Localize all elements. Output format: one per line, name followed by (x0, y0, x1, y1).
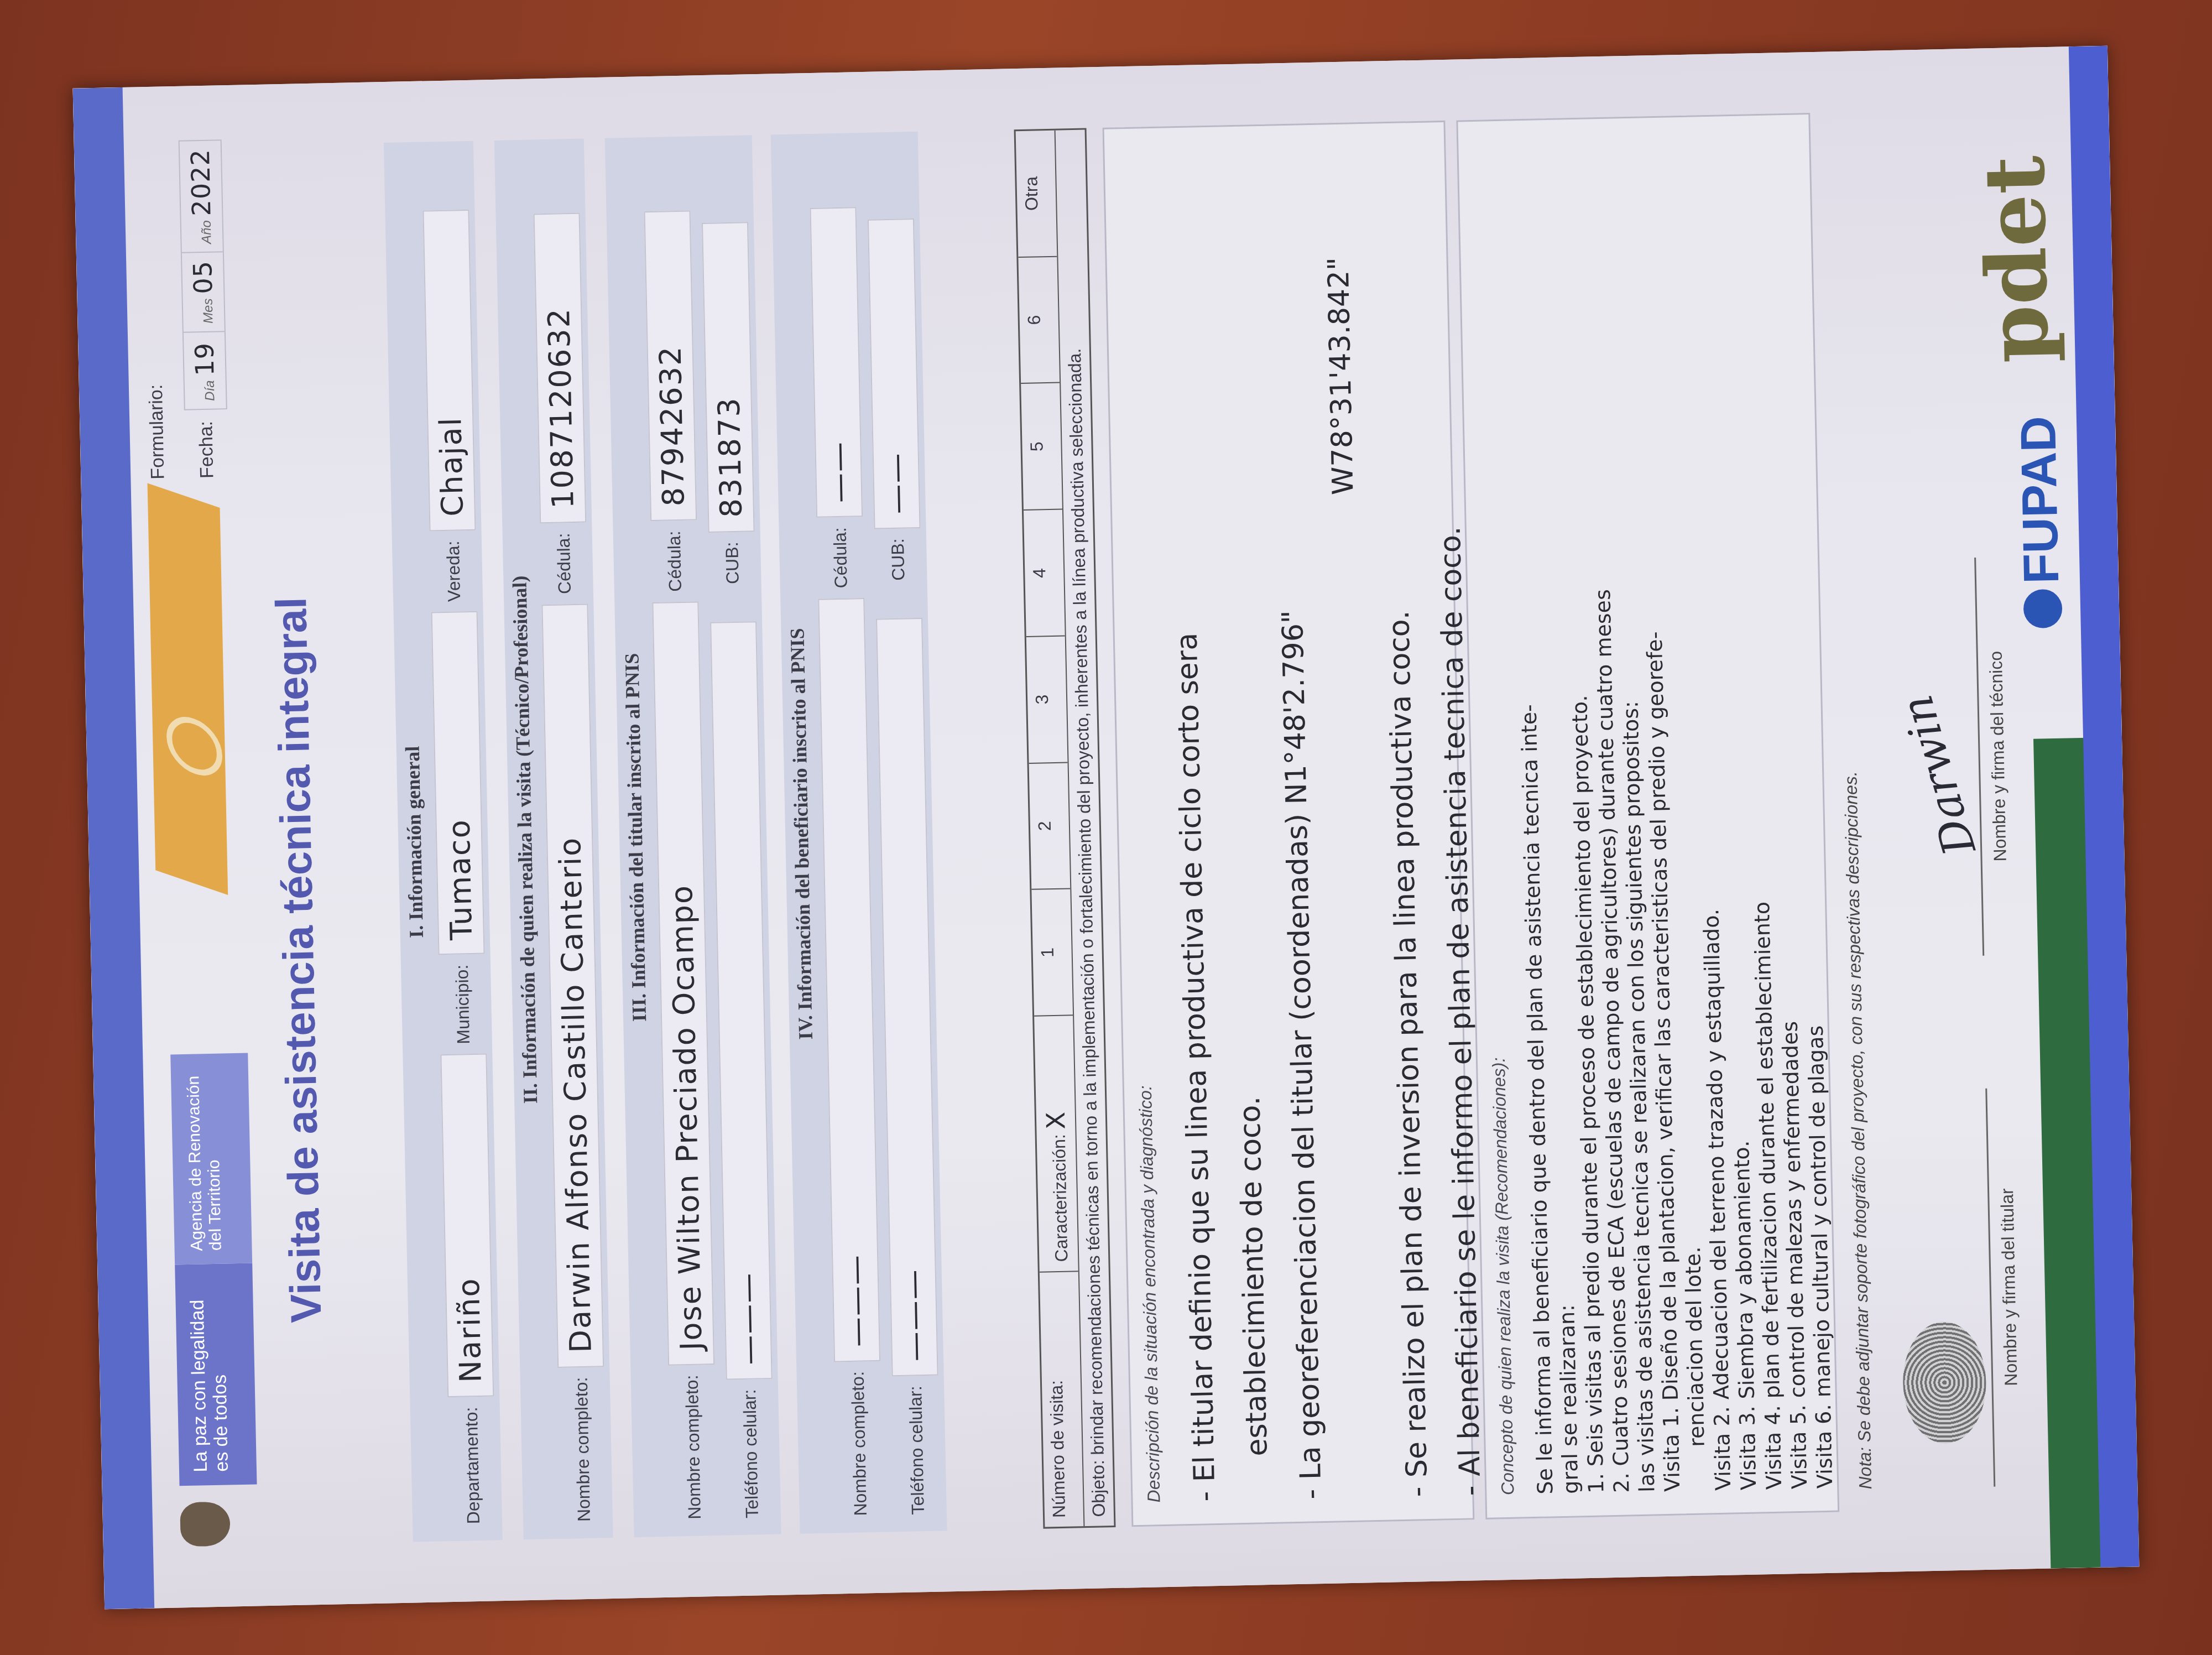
form-meta: Formulario: Fecha: Día19 Mes05 Año2022 (141, 168, 246, 480)
document-photo: La paz con legalidad es de todos Agencia… (73, 46, 2140, 1609)
titular-cub-field: 831873 (702, 222, 755, 533)
anio-label: Año (199, 220, 215, 244)
form-header: La paz con legalidad es de todos Agencia… (140, 143, 391, 1547)
top-color-band (73, 87, 155, 1609)
fecha-label: Fecha: (195, 421, 218, 479)
vereda-label: Vereda: (442, 540, 464, 602)
section-technician-info: II. Información de quien realiza la visi… (494, 139, 613, 1540)
descripcion-lines: - El titular definio que su linea produc… (1150, 144, 1497, 1502)
mes-label: Mes (201, 298, 217, 324)
beneficiary-cub-value: —— (878, 452, 914, 514)
vereda-value: Chajal (433, 417, 470, 517)
section-titular-info: III. Información del titular inscrito al… (605, 135, 781, 1537)
beneficiary-phone-field: ——— (876, 618, 938, 1376)
colombia-crest-icon (180, 1501, 231, 1547)
titular-signature-line: Nombre y firma del titular (1985, 1088, 2023, 1487)
brand-agency: Agencia de Renovación del Territorio (170, 1053, 252, 1265)
beneficiary-name-value: ——— (838, 1254, 875, 1347)
titular-phone-value: ——— (729, 1272, 766, 1365)
date-field: Día19 Mes05 Año2022 (179, 140, 227, 410)
technician-cedula-value: 1087120632 (541, 308, 581, 509)
departamento-value: Nariño (451, 1277, 488, 1383)
dia-value: 19 (189, 342, 220, 377)
titular-name-field: Jose Wilton Preciado Ocampo (652, 601, 714, 1365)
technician-name-value: Darwin Alfonso Castillo Canterio (552, 836, 598, 1353)
fupad-text: FUPAD (2010, 415, 2070, 584)
visit-number-cell: Otra (1016, 131, 1057, 257)
mes-value: 05 (187, 261, 218, 295)
form-paper: La paz con legalidad es de todos Agencia… (73, 46, 2140, 1609)
technician-signature-line: Nombre y firma del técnico (1974, 557, 2012, 956)
concepto-box: Concepto de quien realiza la visita (Rec… (1456, 113, 1839, 1519)
visit-number-cell: 3 (1026, 635, 1068, 762)
titular-name-value: Jose Wilton Preciado Ocampo (664, 884, 708, 1351)
caracterizacion-mark: X (1041, 1111, 1071, 1130)
technician-signature: Darwin (1891, 690, 1986, 861)
nombre-label: Nombre completo: (847, 1371, 870, 1516)
globe-icon (2023, 589, 2062, 628)
municipio-label: Municipio: (451, 964, 473, 1044)
vereda-field: Chajal (422, 210, 476, 532)
caracterizacion-cell: Caracterización: X (1034, 1014, 1078, 1271)
cedula-label: Cédula: (553, 533, 575, 594)
technician-name-field: Darwin Alfonso Castillo Canterio (541, 603, 604, 1367)
departamento-field: Nariño (440, 1054, 494, 1398)
beneficiary-name-field: ——— (818, 598, 880, 1362)
descripcion-box: Descripción de la situación encontrada y… (1103, 121, 1475, 1527)
page-title: Visita de asistencia técnica integral (266, 597, 331, 1324)
pnis-logo-icon (148, 483, 228, 895)
nombre-label: Nombre completo: (571, 1377, 594, 1522)
cedula-label: Cédula: (830, 527, 851, 589)
telefono-label: Teléfono celular: (739, 1389, 763, 1518)
section-general-info: I. Información general Departamento: Nar… (384, 141, 503, 1542)
government-brand: La paz con legalidad es de todos Agencia… (170, 1053, 257, 1486)
beneficiary-cedula-field: —— (810, 207, 863, 518)
cub-label: CUB: (887, 538, 909, 581)
visit-number-cell: 6 (1018, 256, 1060, 383)
nota-text: Nota: Se debe adjuntar soporte fotográfi… (1840, 771, 1876, 1490)
municipio-field: Tumaco (431, 611, 485, 955)
visit-number-cell: 4 (1024, 509, 1065, 636)
titular-cedula-field: 87942632 (644, 211, 697, 522)
beneficiary-cub-field: —— (868, 218, 921, 529)
fupad-logo: FUPAD (2010, 415, 2072, 628)
visit-number-cell: 5 (1021, 382, 1062, 509)
titular-phone-field: ——— (710, 621, 773, 1380)
cub-label: CUB: (722, 542, 743, 584)
telefono-label: Teléfono celular: (905, 1386, 928, 1515)
cedula-label: Cédula: (664, 530, 685, 592)
beneficiary-cedula-value: —— (821, 441, 857, 503)
nombre-label: Nombre completo: (681, 1375, 705, 1519)
fingerprint-icon (1902, 1321, 1987, 1444)
dia-label: Día (202, 380, 218, 401)
visit-number-cell: 1 (1031, 888, 1073, 1016)
formulario-label: Formulario: (145, 384, 169, 480)
departamento-label: Departamento: (461, 1407, 483, 1524)
section-beneficiary-info: IV. Información del beneficiario inscrit… (771, 132, 947, 1534)
municipio-value: Tumaco (441, 819, 479, 941)
technician-cedula-field: 1087120632 (534, 213, 587, 524)
titular-cedula-value: 87942632 (653, 345, 691, 507)
beneficiary-phone-value: ——— (895, 1268, 932, 1362)
visit-number-cell: 2 (1029, 762, 1071, 889)
visit-number-table: Número de visita: Caracterización: X 123… (1014, 128, 1116, 1528)
numero-visita-label: Número de visita: (1040, 1271, 1084, 1527)
anio-value: 2022 (185, 149, 217, 216)
caracterizacion-label: Caracterización: (1049, 1134, 1072, 1262)
concepto-lines: Se le informa al beneficiario que dentro… (1504, 137, 1838, 1495)
brand-slogan: La paz con legalidad es de todos (175, 1263, 257, 1486)
pdet-logo: pdet (1966, 155, 2068, 364)
titular-cub-value: 831873 (711, 397, 749, 518)
